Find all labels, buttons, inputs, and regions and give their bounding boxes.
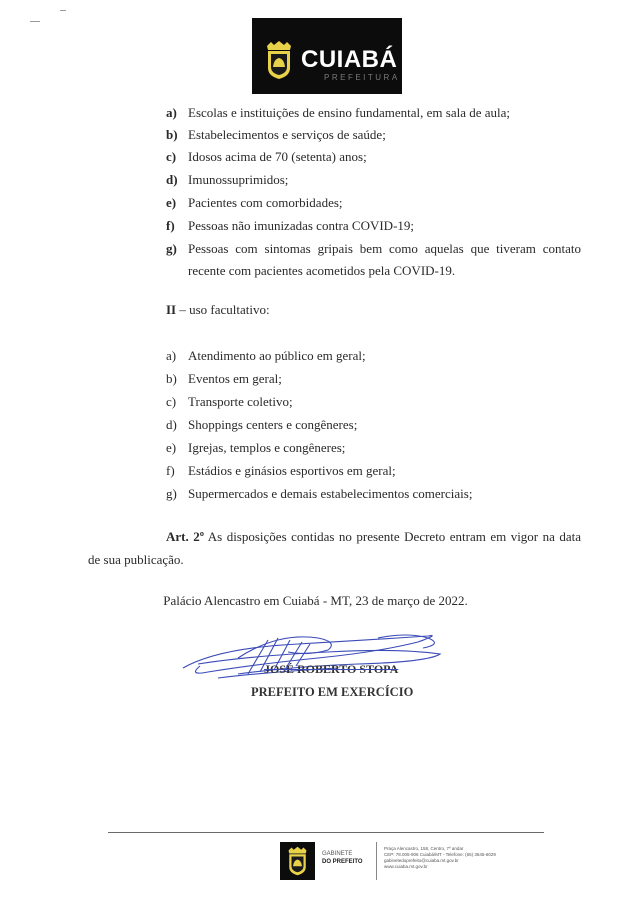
scan-artifact	[60, 10, 66, 11]
item-text: Escolas e instituições de ensino fundame…	[188, 105, 510, 120]
signer-title: PREFEITO EM EXERCÍCIO	[251, 685, 413, 700]
footer-divider	[108, 832, 544, 833]
place-date-text: Palácio Alencastro em Cuiabá - MT, 23 de…	[163, 593, 467, 608]
logo-wordmark: CUIABÁ	[301, 46, 397, 74]
item-letter: g)	[166, 483, 188, 505]
item-letter: b)	[166, 368, 188, 390]
item-letter: d)	[166, 414, 188, 436]
item-text: Pessoas com sintomas gripais bem como aq…	[188, 238, 581, 282]
item-letter: c)	[166, 146, 188, 168]
coat-of-arms-icon	[264, 40, 294, 80]
list-item: b)Eventos em geral;	[166, 368, 581, 390]
list-item: d)Imunossuprimidos;	[166, 169, 581, 191]
section-heading-text: – uso facultativo:	[176, 302, 270, 317]
item-text: Atendimento ao público em geral;	[188, 348, 366, 363]
item-letter: a)	[166, 345, 188, 367]
list-item: f)Estádios e ginásios esportivos em gera…	[166, 460, 581, 482]
item-text: Pacientes com comorbidades;	[188, 195, 343, 210]
list-item: a)Escolas e instituições de ensino funda…	[166, 102, 581, 124]
item-text: Igrejas, templos e congêneres;	[188, 440, 345, 455]
cuiaba-prefeitura-logo: CUIABÁ PREFEITURA	[252, 18, 402, 94]
footer-department: GABINETE DO PREFEITO	[322, 850, 363, 866]
item-letter: e)	[166, 437, 188, 459]
list-item: a)Atendimento ao público em geral;	[166, 345, 581, 367]
footer-dept-line1: GABINETE	[322, 850, 363, 858]
list-item: g)Supermercados e demais estabelecimento…	[166, 483, 581, 505]
footer-website-link[interactable]: www.cuiaba.mt.gov.br	[384, 864, 496, 870]
item-letter: c)	[166, 391, 188, 413]
coat-of-arms-icon	[286, 846, 309, 876]
item-letter: b)	[166, 124, 188, 146]
section-numeral: II	[166, 302, 176, 317]
logo-subtitle: PREFEITURA	[324, 73, 400, 82]
article-text: As disposições contidas no presente Decr…	[88, 529, 581, 567]
list-item: e)Pacientes com comorbidades;	[166, 192, 581, 214]
place-date: Palácio Alencastro em Cuiabá - MT, 23 de…	[0, 593, 633, 609]
footer-separator	[376, 842, 377, 880]
list-item: b)Estabelecimentos e serviços de saúde;	[166, 124, 581, 146]
list-item: g)Pessoas com sintomas gripais bem como …	[166, 238, 581, 282]
item-letter: g)	[166, 238, 188, 260]
item-text: Estabelecimentos e serviços de saúde;	[188, 127, 386, 142]
item-text: Supermercados e demais estabelecimentos …	[188, 486, 472, 501]
list-item: c)Transporte coletivo;	[166, 391, 581, 413]
item-text: Estádios e ginásios esportivos em geral;	[188, 463, 396, 478]
item-text: Idosos acima de 70 (setenta) anos;	[188, 149, 367, 164]
footer-logo	[280, 842, 315, 880]
signer-name: JOSÉ ROBERTO STOPA	[264, 662, 398, 677]
item-text: Shoppings centers e congêneres;	[188, 417, 357, 432]
list-item: d)Shoppings centers e congêneres;	[166, 414, 581, 436]
item-letter: a)	[166, 102, 188, 124]
footer-address: Praça Alencastro, 158, Centro, 7º andar …	[384, 846, 496, 870]
article-label: Art. 2º	[166, 529, 204, 544]
article-2: Art. 2º As disposições contidas no prese…	[88, 525, 581, 571]
item-letter: d)	[166, 169, 188, 191]
item-text: Transporte coletivo;	[188, 394, 293, 409]
item-text: Eventos em geral;	[188, 371, 282, 386]
list-item: e)Igrejas, templos e congêneres;	[166, 437, 581, 459]
footer-dept-line2: DO PREFEITO	[322, 858, 363, 866]
item-text: Imunossuprimidos;	[188, 172, 288, 187]
item-letter: f)	[166, 460, 188, 482]
list-item: f)Pessoas não imunizadas contra COVID-19…	[166, 215, 581, 237]
section-ii-heading: II – uso facultativo:	[166, 302, 270, 318]
scan-artifact	[30, 21, 40, 22]
item-letter: e)	[166, 192, 188, 214]
item-text: Pessoas não imunizadas contra COVID-19;	[188, 218, 414, 233]
item-letter: f)	[166, 215, 188, 237]
list-item: c)Idosos acima de 70 (setenta) anos;	[166, 146, 581, 168]
